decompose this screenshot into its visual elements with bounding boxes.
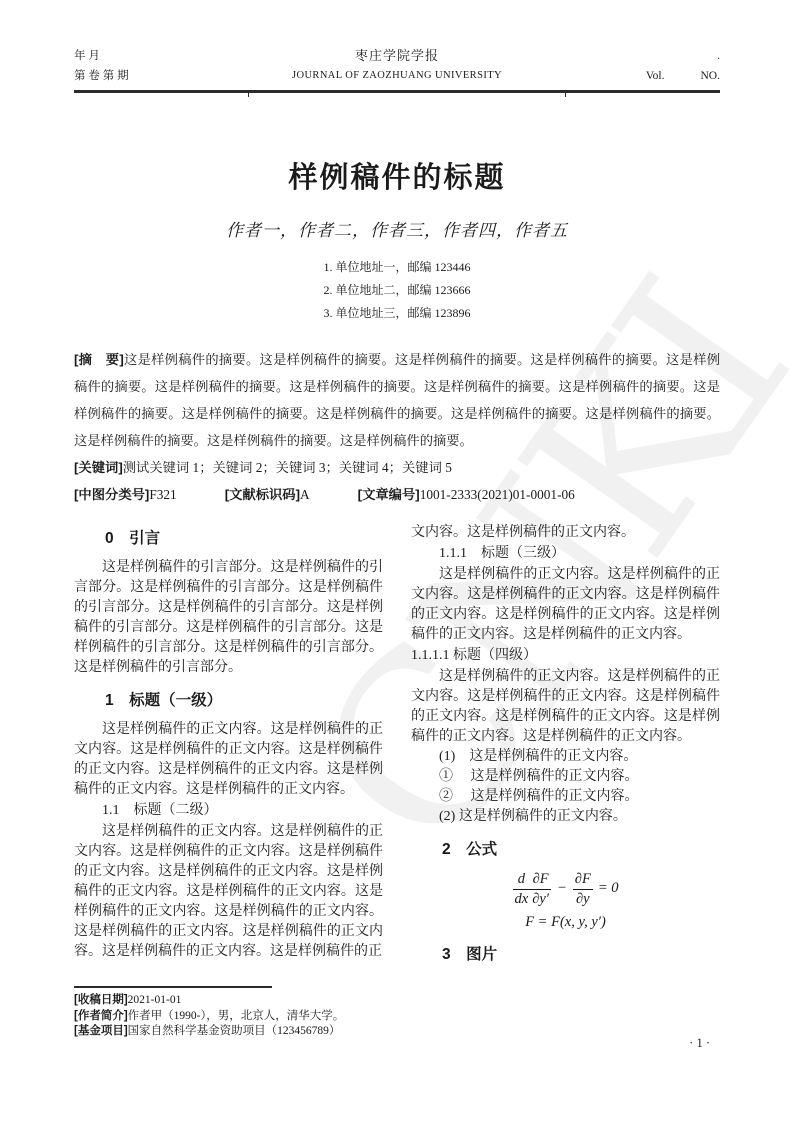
header-vol: Vol.: [646, 70, 665, 82]
body-paragraph: 这是样例稿件的正文内容。这是样例稿件的正文内容。这是样例稿件的正文内容。这是样例…: [411, 565, 720, 645]
header-no: NO.: [701, 66, 721, 86]
journal-name-chinese: 枣庄学院学报: [194, 46, 600, 66]
article-body: 0 引言这是样例稿件的引言部分。这是样例稿件的引言部分。这是样例稿件的引言部分。…: [74, 523, 720, 985]
header-rule-tick: [565, 93, 566, 97]
body-paragraph-continued: 文内容。这是样例稿件的正文内容。: [411, 523, 720, 543]
author-list: 作者一，作者二，作者三，作者四，作者五: [74, 216, 720, 241]
classification-value: A: [300, 487, 310, 502]
body-column-right: 文内容。这是样例稿件的正文内容。1.1.1 标题（三级）这是样例稿件的正文内容。…: [411, 523, 720, 985]
body-paragraph: 这是样例稿件的正文内容。这是样例稿件的正文内容。这是样例稿件的正文内容。这是样例…: [411, 667, 720, 747]
footnote-label: [收稿日期]: [74, 994, 128, 1006]
document-page: CNKI 年 月 第 卷 第 期 枣庄学院学报 JOURNAL OF ZAOZH…: [0, 0, 794, 1123]
affiliation-item: 3. 单位地址三，邮编 123896: [74, 302, 720, 325]
classification-value: F321: [149, 487, 176, 502]
list-item: ② 这是样例稿件的正文内容。: [411, 787, 720, 807]
list-item: (2) 这是样例稿件的正文内容。: [411, 807, 720, 827]
section-heading-2: 2 公式: [411, 839, 720, 860]
abstract-label: [摘 要]: [74, 352, 124, 367]
journal-name-english: JOURNAL OF ZAOZHUANG UNIVERSITY: [194, 66, 600, 86]
fraction: ddx: [513, 871, 531, 907]
header-volume-issue: 第 卷 第 期: [74, 66, 194, 86]
journal-header-row: 年 月 第 卷 第 期 枣庄学院学报 JOURNAL OF ZAOZHUANG …: [74, 46, 720, 86]
header-date-dot: .: [600, 46, 720, 66]
footnote-text: 作者甲（1990-），男，北京人，清华大学。: [128, 1010, 345, 1022]
intro-paragraph: 这是样例稿件的引言部分。这是样例稿件的引言部分。这是样例稿件的引言部分。这是样例…: [74, 558, 383, 678]
keywords-block: [关键词]测试关键词 1；关键词 2；关键词 3；关键词 4；关键词 5: [74, 454, 720, 481]
body-paragraph: 这是样例稿件的正文内容。这是样例稿件的正文内容。这是样例稿件的正文内容。这是样例…: [74, 822, 383, 962]
keywords-text: 测试关键词 1；关键词 2；关键词 3；关键词 4；关键词 5: [123, 460, 452, 475]
list-item: ① 这是样例稿件的正文内容。: [411, 767, 720, 787]
header-year-month: 年 月: [74, 46, 194, 66]
header-rule-tick: [248, 93, 249, 97]
footnote-rule: [74, 986, 272, 988]
affiliation-item: 1. 单位地址一，邮编 123446: [74, 256, 720, 279]
keywords-label: [关键词]: [74, 460, 123, 475]
fraction: ∂F∂y′: [530, 871, 551, 907]
body-paragraph: 这是样例稿件的正文内容。这是样例稿件的正文内容。这是样例稿件的正文内容。这是样例…: [74, 720, 383, 800]
footnote-item: [作者简介]作者甲（1990-），男，北京人，清华大学。: [74, 1009, 344, 1025]
header-issue-info: 年 月 第 卷 第 期: [74, 46, 194, 86]
classification-value: 1001-2333(2021)01-0001-06: [420, 487, 575, 502]
footnote-text: 2021-01-01: [128, 994, 182, 1006]
footnote-item: [收稿日期]2021-01-01: [74, 993, 344, 1009]
footnote-text: 国家自然科学基金资助项目（123456789）: [128, 1025, 341, 1037]
abstract-block: [摘 要]这是样例稿件的摘要。这是样例稿件的摘要。这是样例稿件的摘要。这是样例稿…: [74, 346, 720, 454]
equals-zero: = 0: [598, 880, 619, 896]
header-vol-no: . Vol.NO.: [600, 46, 720, 86]
header-vol-no-line: Vol.NO.: [600, 66, 720, 86]
classification-item: [中图分类号]F321: [74, 481, 177, 508]
section-heading-1: 1 标题（一级）: [74, 690, 383, 711]
header-journal-name: 枣庄学院学报 JOURNAL OF ZAOZHUANG UNIVERSITY: [194, 46, 600, 86]
journal-header: 年 月 第 卷 第 期 枣庄学院学报 JOURNAL OF ZAOZHUANG …: [74, 46, 720, 93]
page-number: · 1 ·: [689, 1036, 710, 1051]
section-heading-1-1-1-1: 1.1.1.1 标题（四级）: [411, 646, 720, 666]
classification-label: [中图分类号]: [74, 487, 149, 502]
affiliation-item: 2. 单位地址二，邮编 123666: [74, 279, 720, 302]
formula-euler-lagrange: ddx∂F∂y′−∂F∂y= 0: [411, 871, 720, 907]
section-heading-intro: 0 引言: [74, 528, 383, 549]
classification-item: [文献标识码]A: [225, 481, 310, 508]
body-column-left: 0 引言这是样例稿件的引言部分。这是样例稿件的引言部分。这是样例稿件的引言部分。…: [74, 523, 383, 985]
section-heading-1-1: 1.1 标题（二级）: [74, 801, 383, 821]
abstract-text: 这是样例稿件的摘要。这是样例稿件的摘要。这是样例稿件的摘要。这是样例稿件的摘要。…: [74, 352, 720, 448]
footnote-item: [基金项目]国家自然科学基金资助项目（123456789）: [74, 1024, 344, 1040]
article-title: 样例稿件的标题: [74, 155, 720, 196]
section-heading-3: 3 图片: [411, 944, 720, 965]
minus-operator: −: [557, 880, 567, 896]
footnote-list: [收稿日期]2021-01-01[作者简介]作者甲（1990-），男，北京人，清…: [74, 993, 344, 1040]
section-heading-1-1-1: 1.1.1 标题（三级）: [411, 544, 720, 564]
fraction: ∂F∂y: [573, 871, 593, 907]
classification-label: [文献标识码]: [225, 487, 300, 502]
header-rule: [74, 90, 720, 93]
footnote-area: [收稿日期]2021-01-01[作者简介]作者甲（1990-），男，北京人，清…: [74, 986, 344, 1040]
formula-f-definition: F = F(x, y, y′): [411, 912, 720, 932]
affiliation-list: 1. 单位地址一，邮编 1234462. 单位地址二，邮编 1236663. 单…: [74, 256, 720, 325]
footnote-label: [基金项目]: [74, 1025, 128, 1037]
classification-item: [文章编号]1001-2333(2021)01-0001-06: [358, 481, 575, 508]
classification-label: [文章编号]: [358, 487, 420, 502]
list-item: (1) 这是样例稿件的正文内容。: [411, 747, 720, 767]
footnote-label: [作者简介]: [74, 1010, 128, 1022]
classification-line: [中图分类号]F321[文献标识码]A[文章编号]1001-2333(2021)…: [74, 481, 720, 508]
